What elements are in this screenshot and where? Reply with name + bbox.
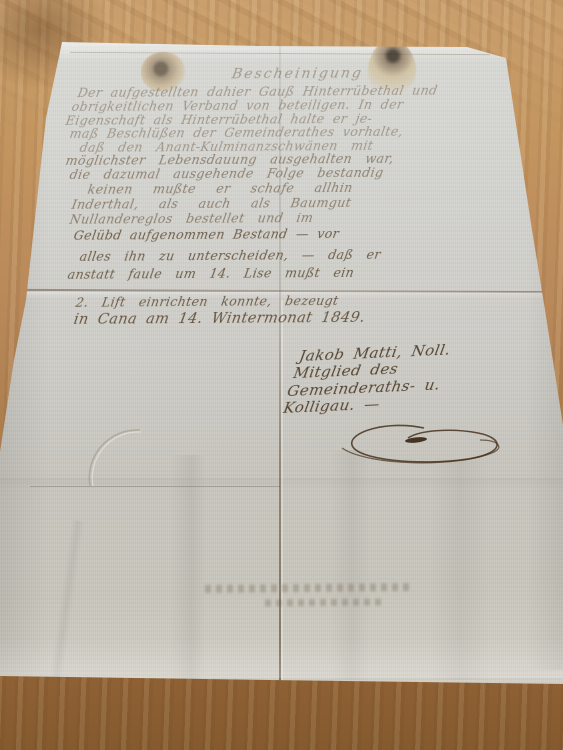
embossed-seal: [82, 424, 186, 528]
handwritten-line: Gelübd aufgenommen Bestand — vor: [73, 226, 341, 243]
signature-flourish: [328, 418, 506, 472]
handwritten-line: alles ihn zu unterscheiden, — daß er: [79, 247, 383, 264]
bottom-highlight: [0, 640, 563, 678]
handwritten-line: anstatt faule um 14. Lise mußt ein: [67, 265, 356, 282]
vertical-fold-highlight: [281, 300, 283, 682]
document-title: Bescheinigung: [231, 66, 365, 83]
photo-scene: Bescheinigung Der aufgestellten dahier G…: [0, 0, 563, 750]
manuscript-paper: Bescheinigung Der aufgestellten dahier G…: [0, 0, 563, 750]
bleed-through-text: [265, 598, 385, 606]
handwritten-line: Nullandereglos bestellet und im: [69, 210, 315, 227]
date-line: in Cana am 14. Wintermonat 1849.: [72, 310, 366, 328]
handwritten-line: 2. Lift einrichten konnte, bezeugt: [75, 293, 340, 310]
